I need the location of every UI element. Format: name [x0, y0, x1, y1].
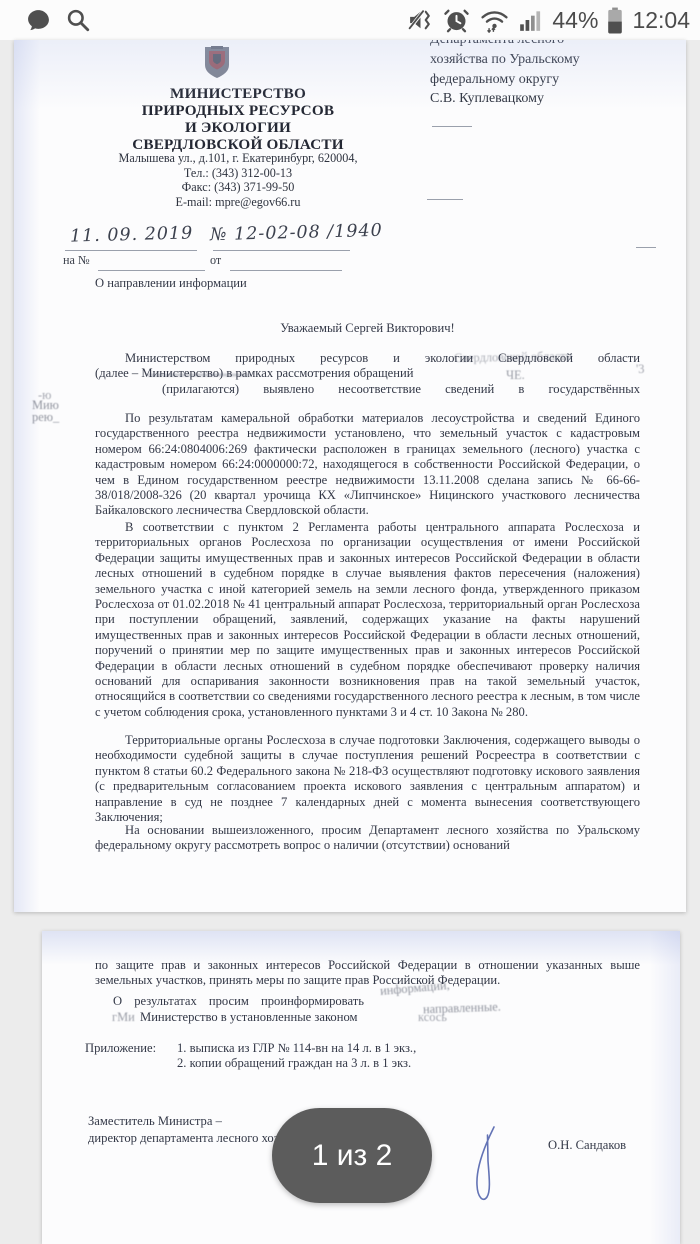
body-paragraph: по защите прав и законных интересов Росс… [95, 958, 640, 989]
na-number-label: на № [63, 253, 90, 268]
battery-percent: 44% [552, 9, 598, 32]
signal-icon [519, 7, 543, 33]
chat-icon [26, 8, 51, 33]
mute-vibrate-icon [407, 7, 434, 33]
ot-blank [230, 270, 342, 271]
clock-time: 12:04 [632, 9, 690, 32]
page-indicator-label: 1 из 2 [312, 1139, 393, 1173]
body-line: (прилагаются) выявлено несоответствие св… [162, 382, 640, 397]
signature-stroke [470, 1123, 500, 1213]
wifi-icon [479, 7, 510, 33]
scan-smudge: направленные. [423, 1000, 501, 1018]
body-line: (далее – Министерство) в рамках рассмотр… [95, 366, 414, 381]
body-paragraph: Территориальные органы Рослесхоза в случ… [95, 733, 640, 825]
blank-line [636, 247, 656, 248]
ref-date-handwritten: 11. 09. 2019 [70, 223, 194, 246]
addressee-cut-line: Департамента лесного [430, 40, 660, 50]
na-number-blank [98, 270, 205, 271]
addressee-block: Департамента лесного хозяйства по Уральс… [430, 40, 660, 90]
salutation: Уважаемый Сергей Викторович! [95, 321, 640, 336]
page-indicator-pill: 1 из 2 [272, 1108, 432, 1203]
ref-number-underline [213, 250, 350, 251]
document-page-1: МИНИСТЕРСТВО ПРИРОДНЫХ РЕСУРСОВ И ЭКОЛОГ… [14, 40, 686, 912]
addressee-name: С.В. Куплевацкому [430, 91, 660, 107]
body-paragraph: В соответствии с пунктом 2 Регламента ра… [95, 520, 640, 720]
scan-smudge: гМи [112, 1010, 135, 1025]
scan-smudge: рею_ [32, 410, 59, 425]
attachment-item: 1. выписка из ГЛР № 114-вн на 14 л. в 1 … [177, 1041, 416, 1056]
battery-icon [607, 7, 623, 34]
ref-date-underline [65, 250, 197, 251]
subject-line: О направлении информации [95, 276, 247, 291]
attachment-label: Приложение: [85, 1041, 156, 1056]
ministry-address: Малышева ул., д.101, г. Екатеринбург, 62… [62, 151, 414, 209]
coat-of-arms-icon [203, 45, 231, 79]
ref-number-handwritten: № 12-02-08 /1940 [210, 221, 383, 246]
body-paragraph: На основании вышеизложенного, просим Деп… [95, 823, 640, 854]
scan-smudge: ЧЕ. [506, 368, 525, 383]
scan-smear [147, 374, 250, 376]
body-line: Министерством природных ресурсов и эколо… [125, 351, 640, 366]
blank-line [432, 126, 472, 127]
document-scroll-area[interactable]: МИНИСТЕРСТВО ПРИРОДНЫХ РЕСУРСОВ И ЭКОЛОГ… [0, 40, 700, 1244]
search-icon [65, 7, 91, 33]
scan-smudge: ксось [418, 1010, 447, 1025]
body-line: Министерство в установленные законом [140, 1010, 358, 1025]
status-icons-left [26, 7, 91, 33]
blank-line [427, 199, 463, 200]
status-bar[interactable]: 44% 12:04 [0, 0, 700, 40]
attachment-item: 2. копии обращений граждан на 3 л. в 1 э… [177, 1056, 411, 1071]
ot-label: от [210, 253, 221, 268]
scan-smudge: Мию [32, 398, 59, 413]
scan-smudge: -ю [38, 388, 51, 403]
signer-name: О.Н. Сандаков [548, 1138, 626, 1153]
body-line: О результатах просим проинформировать [113, 994, 364, 1009]
alarm-icon [443, 7, 470, 33]
signer-title-line: Заместитель Министра – [88, 1114, 222, 1129]
phone-screen: 44% 12:04 МИНИСТЕРСТВО ПРИРОДНЫХ РЕСУР [0, 0, 700, 1244]
ministry-title: МИНИСТЕРСТВО ПРИРОДНЫХ РЕСУРСОВ И ЭКОЛОГ… [62, 85, 414, 153]
body-paragraph: По результатам камеральной обработки мат… [95, 411, 640, 519]
status-icons-right: 44% 12:04 [407, 7, 690, 34]
